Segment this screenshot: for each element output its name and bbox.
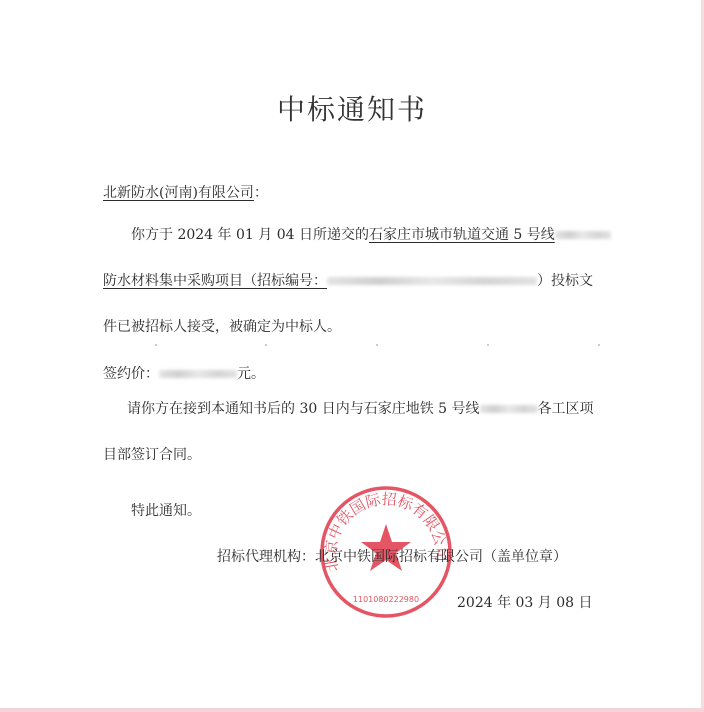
paragraph-2-line-1: 请你方在接到本通知书后的 30 日内与石家庄地铁 5 号线各工区项 bbox=[127, 398, 594, 418]
svg-text:1101080222980: 1101080222980 bbox=[353, 595, 419, 604]
paragraph-1-line-1: 你方于 2024 年 01 月 04 日所递交的石家庄市城市轨道交通 5 号线 bbox=[131, 224, 611, 244]
contract-price-label: 签约价： bbox=[103, 366, 159, 382]
redacted-bid-number bbox=[327, 277, 537, 285]
recipient-name: 北新防水(河南)有限公司 bbox=[103, 185, 254, 201]
paragraph-1-line-2: 防水材料集中采购项目（招标编号：）投标文 bbox=[103, 270, 593, 290]
page-edge-bottom bbox=[0, 708, 704, 712]
document-title: 中标通知书 bbox=[0, 88, 704, 128]
scan-artifacts bbox=[0, 344, 704, 346]
project-name-end: 防水材料集中采购项目 bbox=[103, 273, 243, 289]
redacted-contract-price bbox=[159, 370, 237, 378]
redacted-project-segment bbox=[555, 231, 611, 239]
closing-text: 特此通知。 bbox=[131, 500, 201, 520]
redacted-line-segment bbox=[480, 405, 538, 413]
contract-price-line: 签约价：元。 bbox=[103, 363, 265, 383]
project-name-start: 石家庄市城市轨道交通 5 号线 bbox=[369, 227, 555, 243]
agency-line: 招标代理机构：北京中铁国际招标有限公司（盖单位章） bbox=[217, 546, 567, 566]
paragraph-2-line-2: 目部签订合同。 bbox=[103, 444, 201, 464]
issue-date: 2024 年 03 月 08 日 bbox=[457, 592, 593, 612]
recipient-line: 北新防水(河南)有限公司： bbox=[103, 182, 268, 202]
paragraph-1-line-3: 件已被招标人接受，被确定为中标人。 bbox=[103, 316, 341, 336]
